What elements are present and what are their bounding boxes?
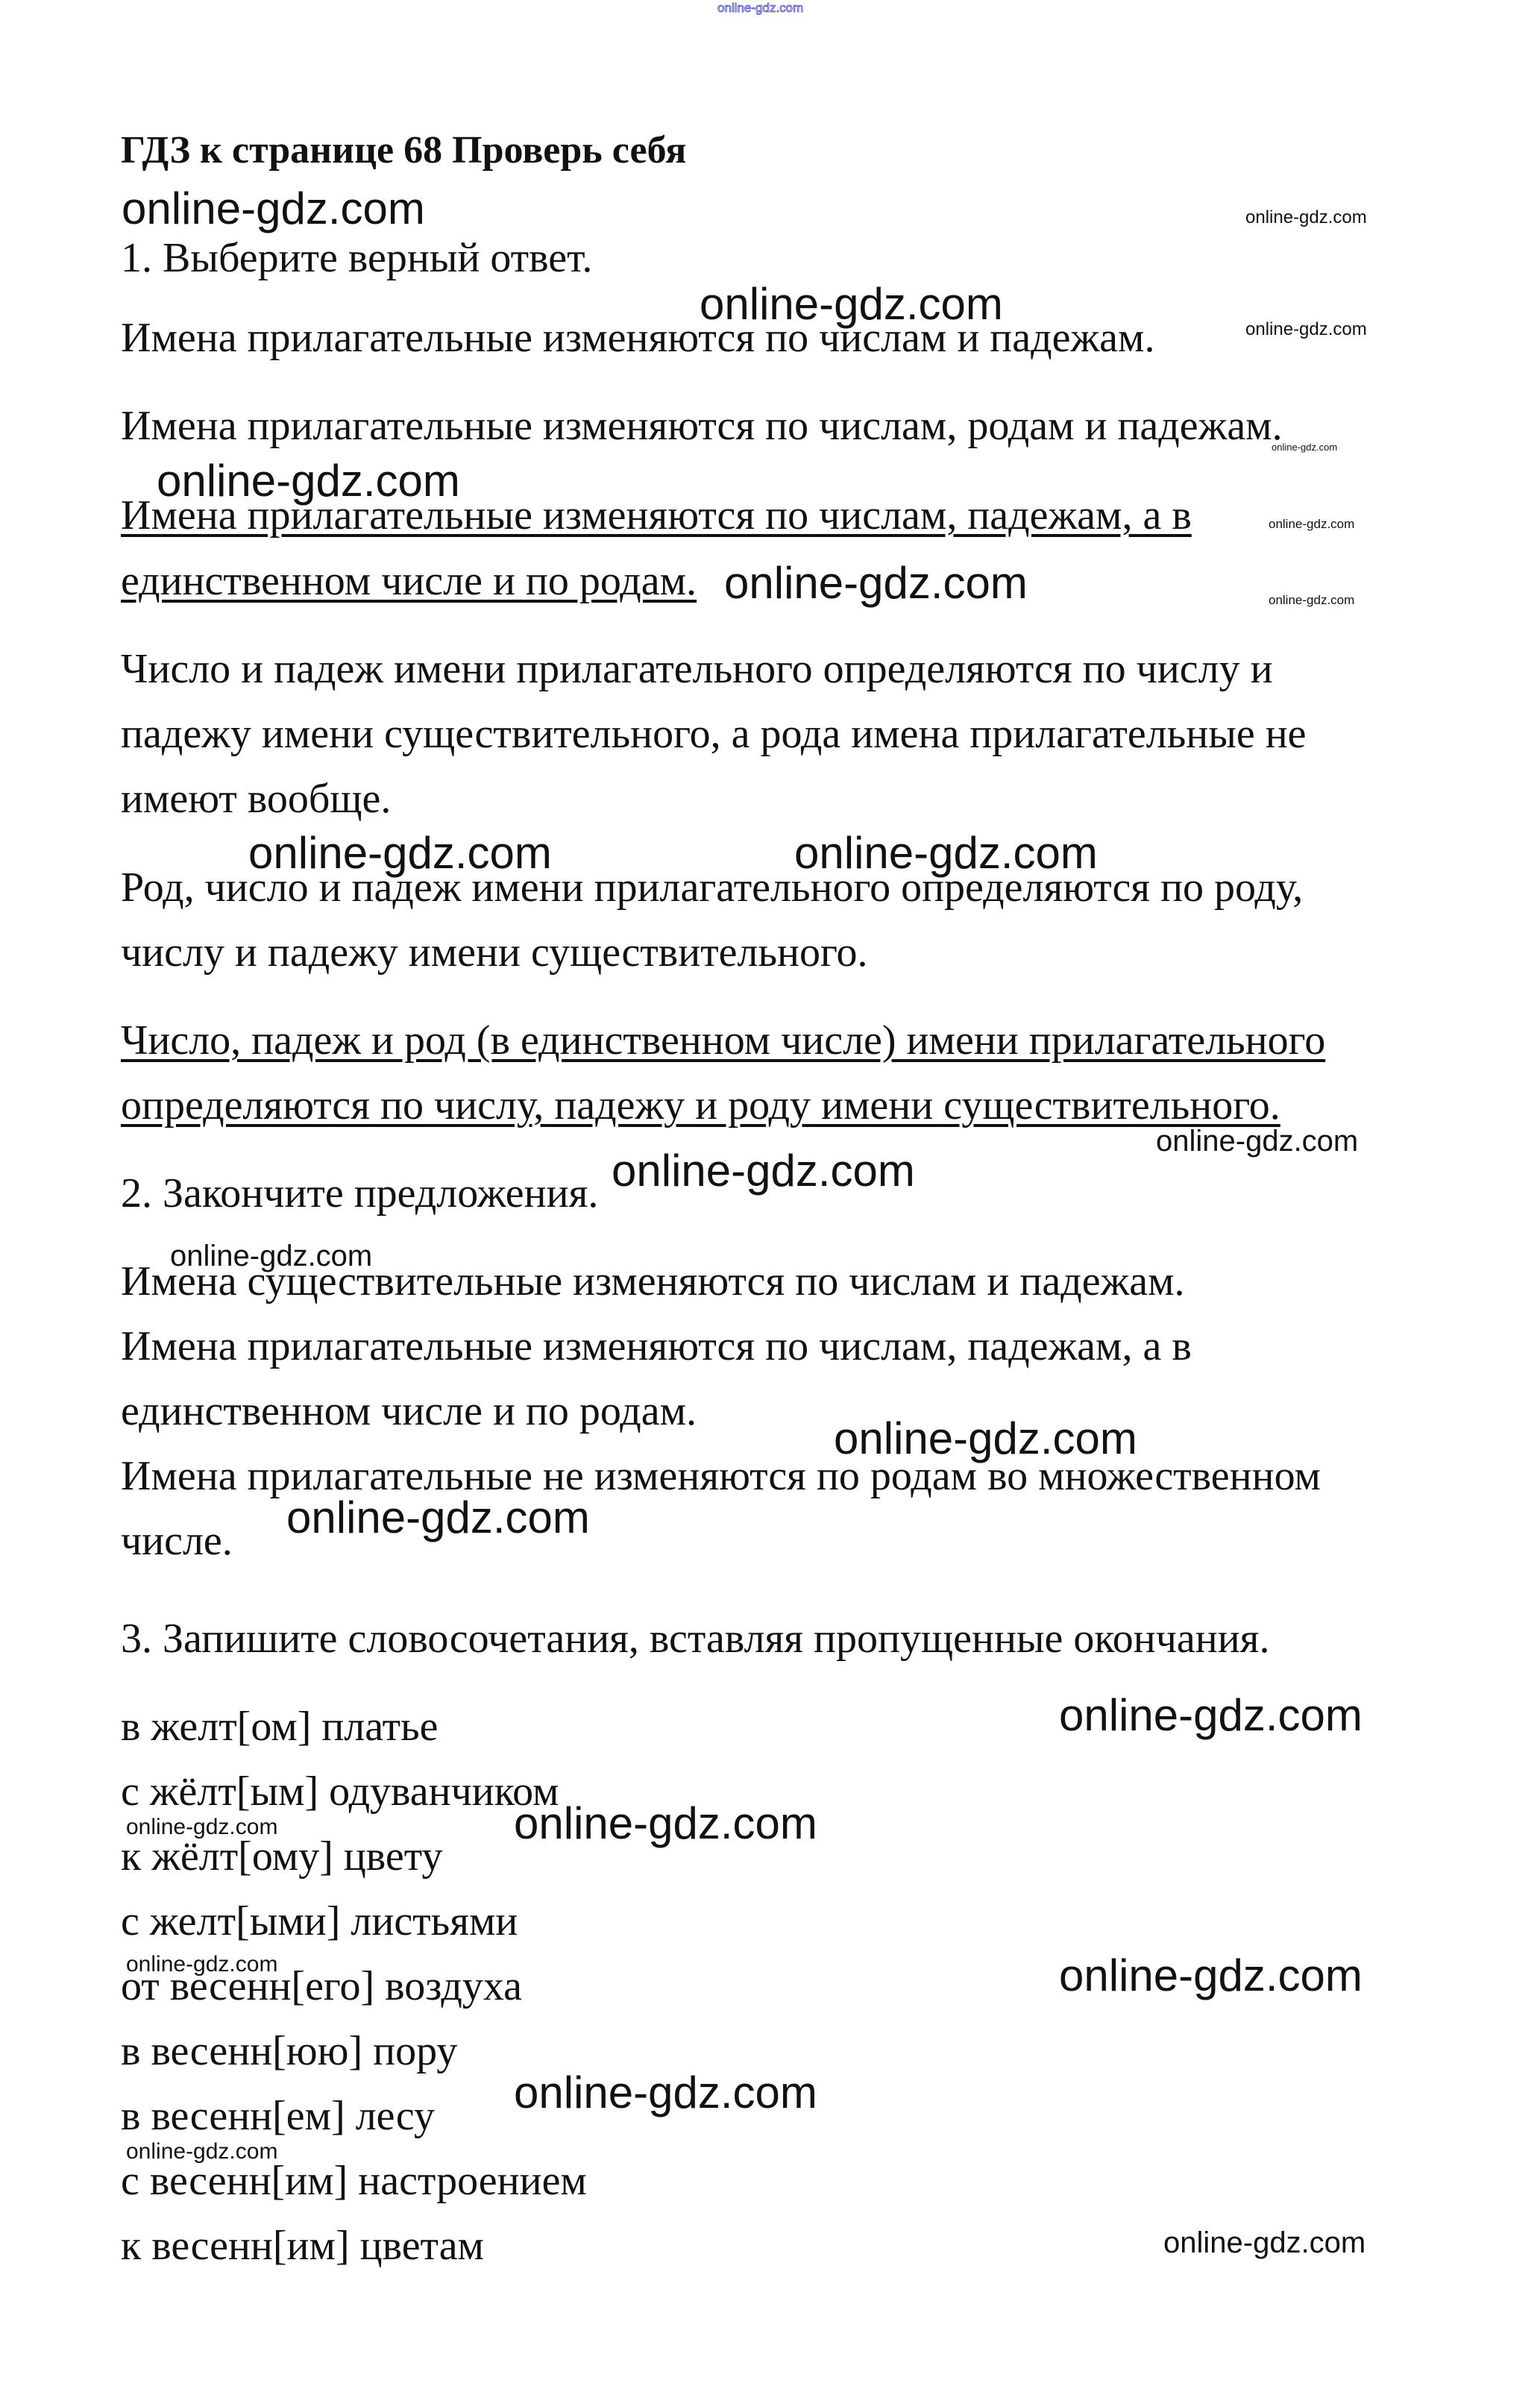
watermark: online-gdz.com [126,1953,277,1976]
watermark: online-gdz.com [122,186,425,231]
watermark: online-gdz.com [724,561,1028,606]
section1-heading: 1. Выберите верный ответ. [121,237,592,279]
watermark: online-gdz.com [157,459,460,503]
watermark: online-gdz.com [700,282,1003,327]
phrase-6: в весенн[юю] пору [121,2030,457,2072]
phrase-1: в желт[ом] платье [121,1706,439,1748]
option-5-line-2: числу и падежу имени существительного. [121,932,868,973]
watermark: online-gdz.com [612,1149,915,1193]
watermark: online-gdz.com [126,1816,277,1839]
phrase-2: с жёлт[ым] одуванчиком [121,1771,559,1812]
watermark: online-gdz.com [717,1,803,14]
phrase-4: с желт[ыми] листьями [121,1900,518,1942]
option-6-line-1-correct: Число, падеж и род (в единственном числе… [121,1020,1325,1061]
watermark: online-gdz.com [1245,209,1367,227]
option-4-line-2: падежу имени существительного, а рода им… [121,713,1307,755]
watermark: online-gdz.com [248,831,552,876]
watermark: online-gdz.com [286,1495,590,1540]
watermark: online-gdz.com [1156,1126,1358,1156]
watermark: online-gdz.com [834,1416,1137,1461]
section2-heading: 2. Закончите предложения. [121,1172,598,1214]
watermark: online-gdz.com [1269,518,1354,530]
watermark: online-gdz.com [1245,321,1367,339]
watermark: online-gdz.com [1269,594,1354,606]
watermark: online-gdz.com [1272,442,1337,452]
section2-line-4: Имена прилагательные не изменяются по ро… [121,1455,1321,1497]
document-page: online-gdz.com ГДЗ к странице 68 Проверь… [0,0,1540,2389]
option-3-line-2-correct: единственном числе и по родам. [121,560,697,602]
page-title: ГДЗ к странице 68 Проверь себя [121,131,686,170]
option-2-line-1: Имена прилагательные изменяются по числа… [121,405,1283,447]
option-4-line-1: Число и падеж имени прилагательного опре… [121,648,1273,690]
watermark: online-gdz.com [170,1241,372,1271]
section3-heading: 3. Запишите словосочетания, вставляя про… [121,1618,1269,1660]
phrase-8: с весенн[им] настроением [121,2160,587,2202]
section2-line-5: числе. [121,1520,233,1562]
watermark: online-gdz.com [794,831,1098,876]
phrase-3: к жёлт[ому] цвету [121,1836,443,1877]
watermark: online-gdz.com [126,2141,277,2163]
watermark: online-gdz.com [514,1801,817,1846]
phrase-7: в весенн[ем] лесу [121,2095,435,2137]
section2-line-2: Имена прилагательные изменяются по числа… [121,1325,1192,1367]
watermark: online-gdz.com [1163,2228,1365,2258]
phrase-9: к весенн[им] цветам [121,2225,484,2267]
option-4-line-3: имеют вообще. [121,778,391,820]
watermark: online-gdz.com [1059,1953,1363,1998]
option-6-line-2-correct: определяются по числу, падежу и роду име… [121,1084,1280,1126]
watermark: online-gdz.com [514,2071,817,2115]
section2-line-3: единственном числе и по родам. [121,1390,697,1432]
watermark: online-gdz.com [1059,1693,1363,1738]
